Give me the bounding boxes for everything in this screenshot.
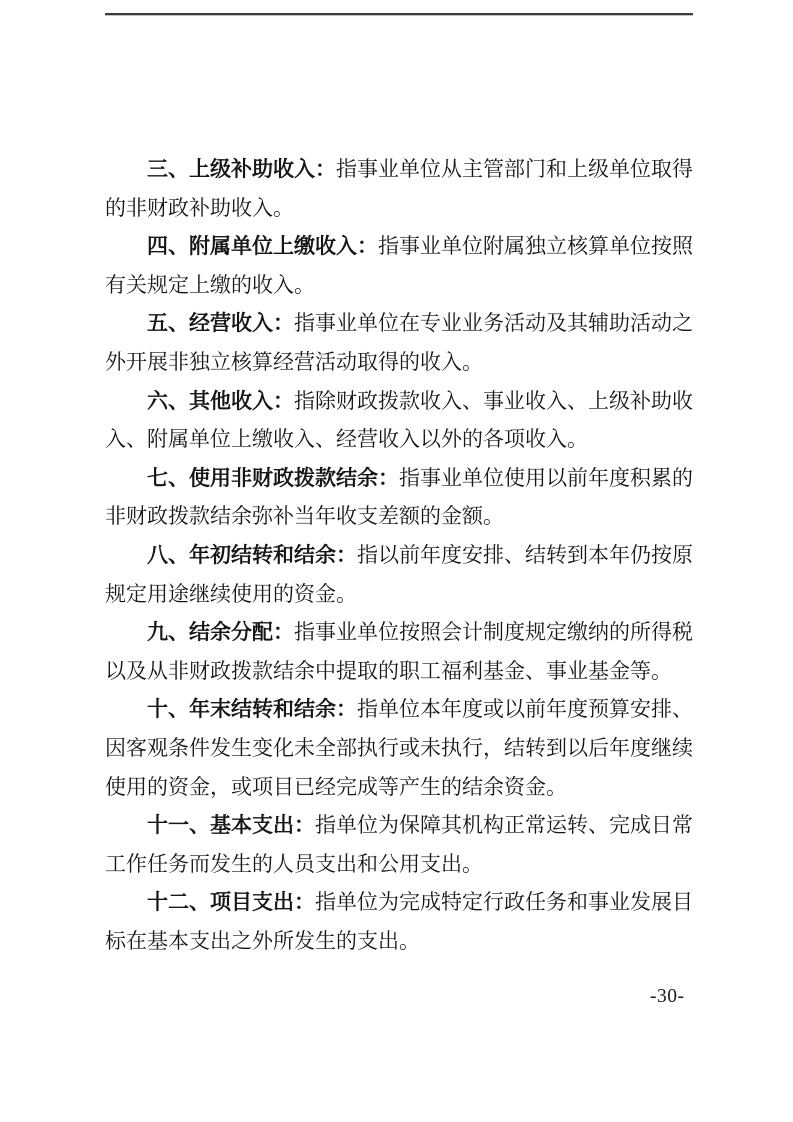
document-page: 三、上级补助收入：指事业单位从主管部门和上级单位取得的非财政补助收入。 四、附属…: [0, 0, 793, 1122]
term-label: 四、附属单位上缴收入：: [147, 234, 378, 258]
definition-paragraph: 四、附属单位上缴收入：指事业单位附属独立核算单位按照有关规定上缴的收入。: [105, 227, 693, 304]
definition-paragraph: 十、年末结转和结余：指单位本年度或以前年度预算安排、因客观条件发生变化未全部执行…: [105, 690, 693, 806]
definition-paragraph: 八、年初结转和结余：指以前年度安排、结转到本年仍按原规定用途继续使用的资金。: [105, 536, 693, 613]
definition-paragraph: 十二、项目支出：指单位为完成特定行政任务和事业发展目标在基本支出之外所发生的支出…: [105, 883, 693, 960]
term-label: 七、使用非财政拨款结余：: [147, 466, 399, 490]
definition-paragraph: 十一、基本支出：指单位为保障其机构正常运转、完成日常工作任务而发生的人员支出和公…: [105, 806, 693, 883]
definition-paragraph: 七、使用非财政拨款结余：指事业单位使用以前年度积累的非财政拨款结余弥补当年收支差…: [105, 459, 693, 536]
header-rule: [105, 13, 693, 15]
term-label: 十二、项目支出：: [147, 890, 315, 914]
term-label: 六、其他收入：: [147, 389, 294, 413]
term-label: 九、结余分配：: [147, 620, 294, 644]
term-label: 十一、基本支出：: [147, 813, 315, 837]
document-body: 三、上级补助收入：指事业单位从主管部门和上级单位取得的非财政补助收入。 四、附属…: [105, 150, 693, 960]
definition-paragraph: 九、结余分配：指事业单位按照会计制度规定缴纳的所得税以及从非财政拨款结余中提取的…: [105, 613, 693, 690]
definition-paragraph: 三、上级补助收入：指事业单位从主管部门和上级单位取得的非财政补助收入。: [105, 150, 693, 227]
term-label: 十、年末结转和结余：: [147, 697, 357, 721]
page-number: -30-: [650, 986, 685, 1008]
definition-paragraph: 五、经营收入：指事业单位在专业业务活动及其辅助活动之外开展非独立核算经营活动取得…: [105, 304, 693, 381]
term-label: 三、上级补助收入：: [147, 157, 336, 181]
term-label: 五、经营收入：: [147, 311, 294, 335]
definition-paragraph: 六、其他收入：指除财政拨款收入、事业收入、上级补助收入、附属单位上缴收入、经营收…: [105, 382, 693, 459]
term-label: 八、年初结转和结余：: [147, 543, 357, 567]
